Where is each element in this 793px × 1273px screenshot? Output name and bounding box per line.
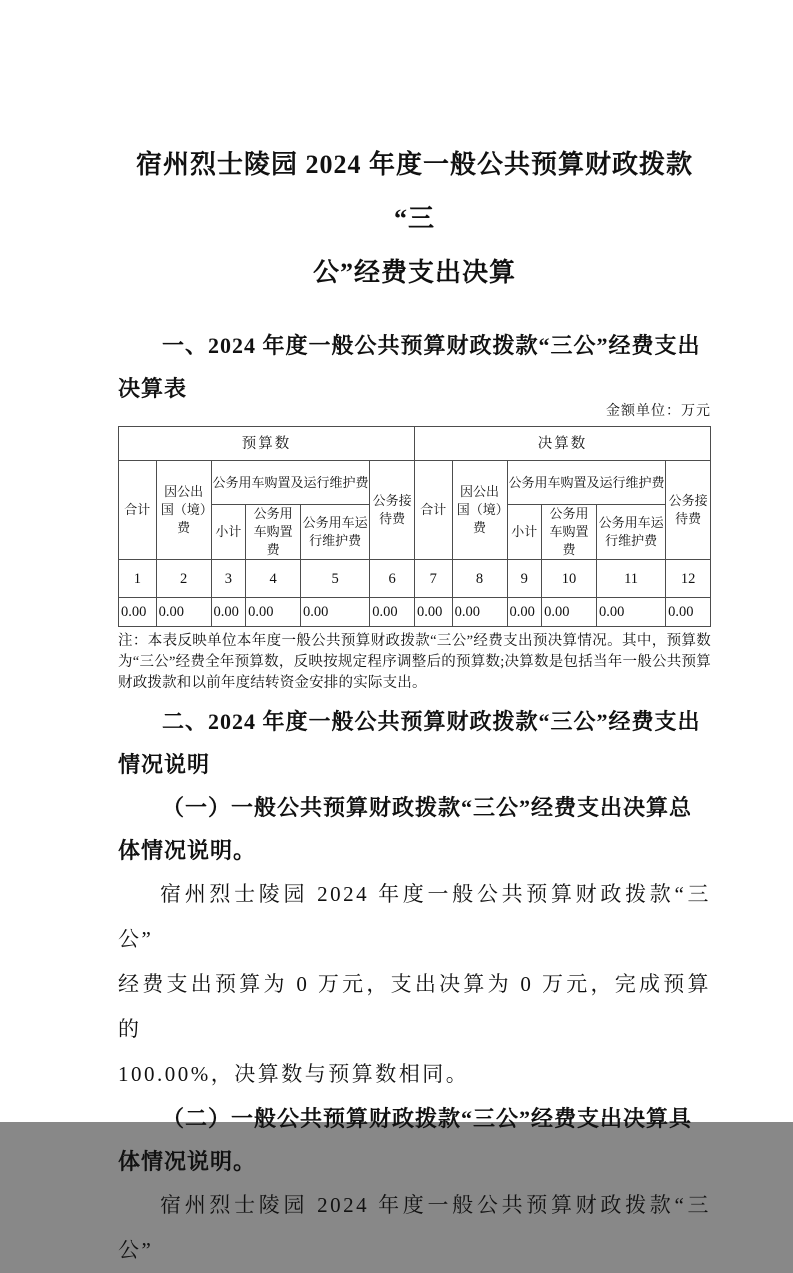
col-header-total: 合计 — [414, 461, 452, 560]
col-number: 8 — [452, 560, 507, 598]
value-cell: 0.00 — [301, 598, 370, 627]
value-row: 0.00 0.00 0.00 0.00 0.00 0.00 0.00 0.00 … — [119, 598, 711, 627]
value-cell: 0.00 — [452, 598, 507, 627]
value-cell: 0.00 — [246, 598, 301, 627]
value-cell: 0.00 — [542, 598, 597, 627]
col-number: 7 — [414, 560, 452, 598]
three-public-funds-table: 预算数 决算数 合计 因公出国（境）费 公务用车购置及运行维护费 公务接待费 合… — [118, 426, 711, 627]
col-header-vehicle-purchase: 公务用车购置费 — [246, 505, 301, 560]
col-number: 5 — [301, 560, 370, 598]
col-header-vehicle-group: 公务用车购置及运行维护费 — [507, 461, 666, 505]
value-cell: 0.00 — [370, 598, 415, 627]
col-header-total: 合计 — [119, 461, 157, 560]
col-header-vehicle-subtotal: 小计 — [507, 505, 542, 560]
col-header-vehicle-maintenance: 公务用车运行维护费 — [597, 505, 666, 560]
col-header-vehicle-purchase: 公务用车购置费 — [542, 505, 597, 560]
col-number: 10 — [542, 560, 597, 598]
col-number: 4 — [246, 560, 301, 598]
value-cell: 0.00 — [507, 598, 542, 627]
section2-2-paragraph: 宿州烈士陵园 2024 年度一般公共预算财政拨款“三公” — [118, 1183, 711, 1273]
col-header-abroad: 因公出国（境）费 — [156, 461, 211, 560]
section2-heading: 二、2024 年度一般公共预算财政拨款“三公”经费支出 情况说明 — [118, 700, 711, 786]
value-cell: 0.00 — [414, 598, 452, 627]
col-number: 3 — [211, 560, 246, 598]
col-header-reception: 公务接待费 — [666, 461, 711, 560]
section2-1-heading: （一）一般公共预算财政拨款“三公”经费支出决算总 体情况说明。 — [118, 786, 711, 872]
group-header-budget: 预算数 — [119, 427, 415, 461]
column-number-row: 1 2 3 4 5 6 7 8 9 10 11 12 — [119, 560, 711, 598]
value-cell: 0.00 — [119, 598, 157, 627]
section2-1-paragraph: 宿州烈士陵园 2024 年度一般公共预算财政拨款“三公” 经费支出预算为 0 万… — [118, 872, 711, 1097]
section1-heading: 一、2024 年度一般公共预算财政拨款“三公”经费支出 决算表 — [118, 324, 711, 410]
value-cell: 0.00 — [156, 598, 211, 627]
col-number: 6 — [370, 560, 415, 598]
group-header-final: 决算数 — [414, 427, 710, 461]
col-header-vehicle-group: 公务用车购置及运行维护费 — [211, 461, 370, 505]
amount-unit-note: 金额单位：万元 — [118, 402, 711, 422]
col-number: 2 — [156, 560, 211, 598]
col-number: 1 — [119, 560, 157, 598]
value-cell: 0.00 — [666, 598, 711, 627]
document-page: 宿州烈士陵园 2024 年度一般公共预算财政拨款“三 公”经费支出决算 一、20… — [0, 0, 793, 1122]
table-footnote: 注：本表反映单位本年度一般公共预算财政拨款“三公”经费支出预决算情况。其中，预算… — [118, 631, 711, 694]
col-number: 12 — [666, 560, 711, 598]
col-number: 11 — [597, 560, 666, 598]
page-title: 宿州烈士陵园 2024 年度一般公共预算财政拨款“三 公”经费支出决算 — [118, 138, 711, 300]
col-header-vehicle-maintenance: 公务用车运行维护费 — [301, 505, 370, 560]
col-header-vehicle-subtotal: 小计 — [211, 505, 246, 560]
value-cell: 0.00 — [597, 598, 666, 627]
col-number: 9 — [507, 560, 542, 598]
section2-2-heading: （二）一般公共预算财政拨款“三公”经费支出决算具 体情况说明。 — [118, 1097, 711, 1183]
col-header-reception: 公务接待费 — [370, 461, 415, 560]
value-cell: 0.00 — [211, 598, 246, 627]
col-header-abroad: 因公出国（境）费 — [452, 461, 507, 560]
